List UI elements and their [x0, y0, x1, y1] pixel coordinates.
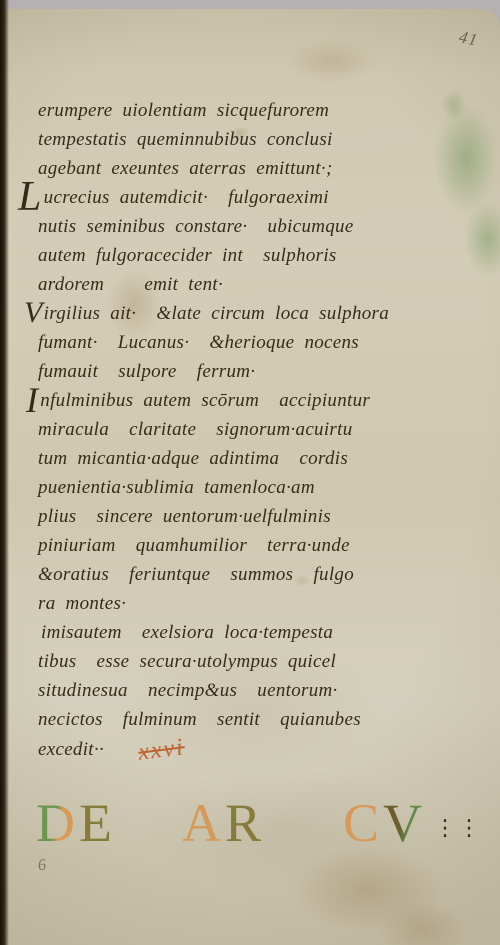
manuscript-line: Nimisautem exelsiora loca·tempesta: [38, 618, 478, 647]
manuscript-line: piniuriam quamhumilior terra·unde: [38, 531, 478, 560]
manuscript-line: situdinesua necimp&us uentorum·: [38, 676, 478, 705]
binding-gutter-edge: [0, 0, 9, 945]
manuscript-line: nutis seminibus constare· ubicumque: [38, 212, 478, 241]
line-text: tum micantia·adque adintima cordis: [38, 448, 348, 469]
line-text: plius sincere uentorum·uelfulminis: [38, 506, 331, 527]
line-text: ra montes·: [38, 593, 126, 614]
line-text: imisautem exelsiora loca·tempesta: [41, 622, 333, 643]
manuscript-line: necictos fulminum sentit quianubes: [38, 705, 478, 734]
manuscript-line: plius sincere uentorum·uelfulminis: [38, 502, 478, 531]
manuscript-line: agebant exeuntes aterras emittunt·;: [38, 154, 478, 183]
heading-letter-E: E: [79, 793, 116, 853]
line-text: nutis seminibus constare· ubicumque: [38, 216, 354, 237]
heading-letter-C: C: [343, 793, 383, 853]
line-text: fumauit sulpore ferrum·: [38, 361, 255, 382]
line-text: puenientia·sublimia tamenloca·am: [38, 477, 315, 498]
manuscript-line: ra montes·: [38, 589, 478, 618]
manuscript-line: &oratius feriuntque summos fulgo: [38, 560, 478, 589]
heading-terminal-mark: ⋮⋮: [434, 799, 482, 859]
line-text: tibus esse secura·utolympus quicel: [38, 651, 336, 672]
line-text: ardorem emit tent·: [38, 274, 223, 295]
text-block: erumpere uiolentiam sicquefurorem tempes…: [38, 96, 478, 763]
line-text: situdinesua necimp&us uentorum·: [38, 680, 338, 701]
manuscript-line: fumant· Lucanus· &herioque nocens: [38, 328, 478, 357]
line-text: erumpere uiolentiam sicquefurorem: [38, 100, 329, 121]
line-text: fumant· Lucanus· &herioque nocens: [38, 332, 359, 353]
manuscript-line: miracula claritate signorum·acuirtu: [38, 415, 478, 444]
manuscript-line: Infulminibus autem scōrum accipiuntur: [38, 386, 478, 415]
manuscript-line: tum micantia·adque adintima cordis: [38, 444, 478, 473]
heading-letter-R: R: [225, 793, 265, 853]
manuscript-line: puenientia·sublimia tamenloca·am: [38, 473, 478, 502]
manuscript-line: tempestatis queminnubibus conclusi: [38, 125, 478, 154]
manuscript-photo: { "page": { "folio_number": "41", "quire…: [0, 0, 500, 945]
chapter-heading-de-arcu: DEARCV⋮⋮: [36, 793, 482, 859]
manuscript-line: excedit··xxvi: [38, 734, 478, 763]
manuscript-line: Virgilius ait· &late circum loca sulphor…: [38, 299, 478, 328]
line-text: excedit··: [38, 739, 104, 760]
manuscript-line: Lucrecius autemdicit· fulgoraeximi: [38, 183, 478, 212]
line-text: piniuriam quamhumilior terra·unde: [38, 535, 350, 556]
line-text: irgilius ait· &late circum loca sulphora: [44, 303, 389, 324]
heading-letter-A: A: [182, 793, 225, 853]
manuscript-line: erumpere uiolentiam sicquefurorem: [38, 96, 478, 125]
line-text: ucrecius autemdicit· fulgoraeximi: [44, 187, 329, 208]
line-text: miracula claritate signorum·acuirtu: [38, 419, 353, 440]
manuscript-line: ardorem emit tent·: [38, 270, 478, 299]
manuscript-line: autem fulgoracecider int sulphoris: [38, 241, 478, 270]
manuscript-line: fumauit sulpore ferrum·: [38, 357, 478, 386]
folio-number: 41: [457, 27, 480, 51]
line-text: autem fulgoracecider int sulphoris: [38, 245, 337, 266]
parchment-page: 41 erumpere uiolentiam sicquefurorem tem…: [2, 9, 500, 945]
manuscript-line: tibus esse secura·utolympus quicel: [38, 647, 478, 676]
line-text: agebant exeuntes aterras emittunt·;: [38, 158, 333, 179]
quire-mark: 6: [37, 857, 47, 876]
line-text: tempestatis queminnubibus conclusi: [38, 129, 333, 150]
line-text: nfulminibus autem scōrum accipiuntur: [40, 390, 370, 411]
line-text: &oratius feriuntque summos fulgo: [38, 564, 354, 585]
rubric-chapter-numeral: xxvi: [137, 733, 187, 767]
line-text: necictos fulminum sentit quianubes: [38, 709, 361, 730]
heading-letter-D: D: [36, 793, 79, 853]
heading-letter-V: V: [383, 793, 426, 853]
